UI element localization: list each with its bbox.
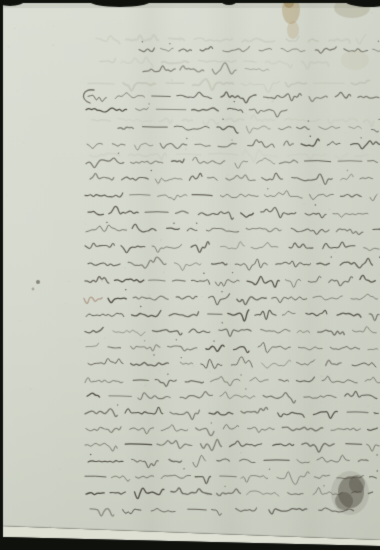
manuscript-page xyxy=(0,0,380,550)
scanned-document xyxy=(0,0,380,550)
